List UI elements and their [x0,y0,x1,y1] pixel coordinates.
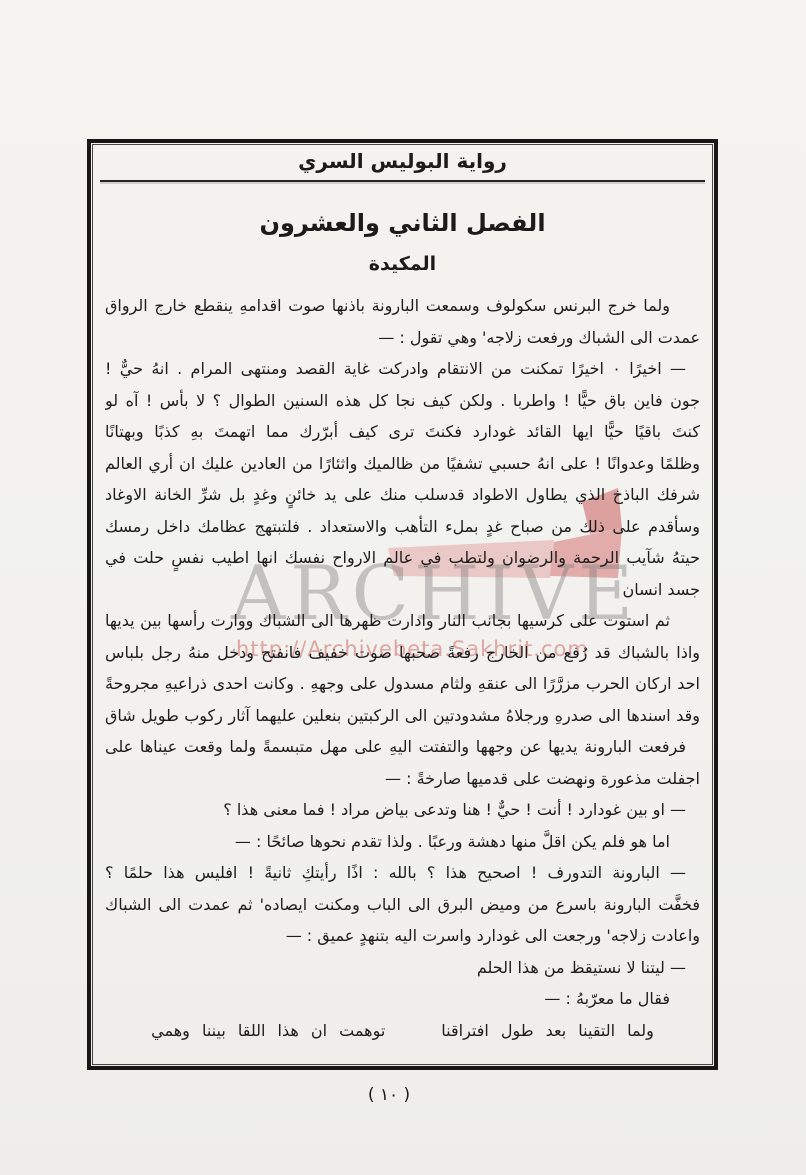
text-line: — او بين غودارد ! أنت ! حيٌّ ! هنا وتدعى… [105,794,700,826]
text-line: جون فاين باق حيًّا ! واطربا . ولكن كيف ن… [105,385,700,417]
text-line: وسأقدم على ذلك من صباح غدٍ بملء التأهب و… [105,511,700,543]
header-rule [100,180,705,182]
body-text: ولما خرج البرنس سكولوف وسمعت البارونة با… [105,290,700,1046]
text-line: حيتهُ شآيب الرحمة والرضوان ولتطب في عالم… [105,542,700,574]
verse-hemistich-right: ولما التقينا بعد طول افتراقنا [441,1015,654,1047]
page-content: رواية البوليس السري الفصل الثاني والعشرو… [91,143,714,1066]
text-line: — اخيرًا ٠ اخيرًا تمكنت من الانتقام وادر… [105,353,700,385]
text-line: وقد اسندها الى صدرهِ ورجلاهُ مشدودتين ال… [105,700,700,732]
text-line: جسد انسان [105,574,700,606]
page-number: ( ١٠ ) [0,1085,792,1105]
text-line: اجفلت مذعورة ونهضت على قدميها صارخةً : — [105,763,700,795]
text-line: ثم استوت على كرسيها بجانب النار وادارت ظ… [105,605,700,637]
text-line: فخفَّت البارونة باسرع من وميض البرق الى … [105,889,700,921]
page-frame: رواية البوليس السري الفصل الثاني والعشرو… [87,139,718,1070]
text-line: — ليتنا لا نستيقظ من هذا الحلم [105,952,700,984]
text-line: واذا بالشباك قد رُفع من الخارج رفعةً صحب… [105,637,700,669]
text-line: اما هو فلم يكن اقلَّ منها دهشة ورعبًا . … [105,826,700,858]
text-line: — البارونة التدورف ! اصحيح هذا ؟ بالله :… [105,857,700,889]
section-subtitle: المكيدة [91,252,714,276]
text-line: فقال ما معرّبهُ : — [105,983,700,1015]
text-line: كنتَ باقيًا حيًّا ايها القائد غودارد فكن… [105,416,700,448]
verse-line: ولما التقينا بعد طول افتراقنا توهمت ان ه… [105,1015,700,1047]
text-line: واعادت زلاجه' ورجعت الى غودارد واسرت الي… [105,920,700,952]
text-line: فرفعت البارونة يديها عن وجهها والتفتت ال… [105,731,700,763]
verse-hemistich-left: توهمت ان هذا اللقا بيننا وهمي [151,1015,385,1047]
running-head-title: رواية البوليس السري [91,148,714,174]
text-line: وظلمًا وعدوانًا ! على انهُ حسبي تشفيًا م… [105,448,700,480]
text-line: عمدت الى الشباك ورفعت زلاجه' وهي تقول : … [105,322,700,354]
chapter-title: الفصل الثاني والعشرون [91,208,714,238]
text-line: شرفك الباذخ الذي يطاول الاطواد قدسلب منك… [105,479,700,511]
text-line: ولما خرج البرنس سكولوف وسمعت البارونة با… [105,290,700,322]
text-line: احد اركان الحرب مزرَّرًا الى عنقهِ ولثام… [105,668,700,700]
scanned-book-page: { "header": { "title": "رواية البوليس ال… [0,0,806,1175]
